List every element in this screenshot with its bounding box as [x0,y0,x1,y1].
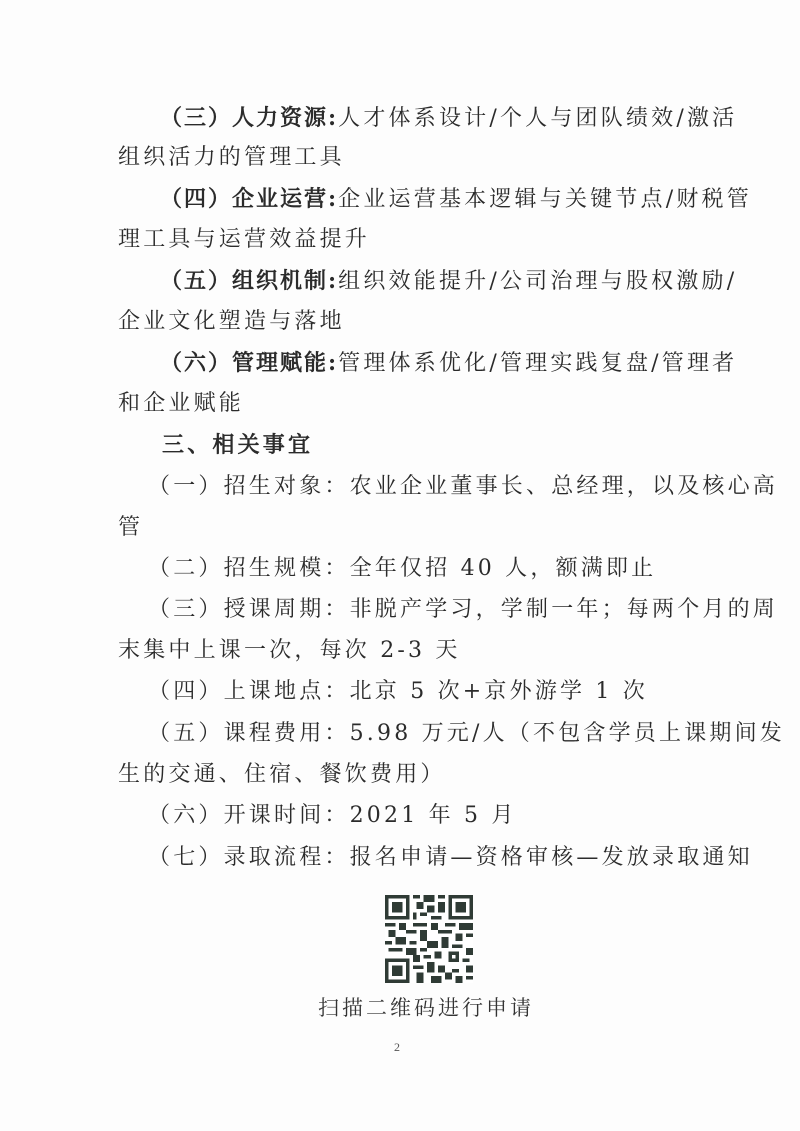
section-title: 组织机制: [232,268,338,294]
qr-code[interactable] [385,895,473,983]
item-5-line2: 生的交通、住宿、餐饮费用） [118,760,688,790]
section-6-line1: （六）管理赋能:管理体系优化/管理实践复盘/管理者 [160,348,730,379]
page-number: 2 [394,1040,400,1055]
section-3-line2: 组织活力的管理工具 [118,143,688,173]
document-page: （三）人力资源:人才体系设计/个人与团队绩效/激活 组织活力的管理工具 （四）企… [0,0,800,1131]
item-7-line1: （七）录取流程：报名申请—资格审核—发放录取通知 [148,843,718,873]
item-2-line1: （二）招生规模：全年仅招 40 人，额满即止 [148,554,718,584]
item-6-line1: （六）开课时间：2021 年 5 月 [148,801,718,831]
qr-caption: 扫描二维码进行申请 [318,993,534,1023]
section-4-line2: 理工具与运营效益提升 [118,225,688,255]
item-3-line2: 末集中上课一次，每次 2-3 天 [118,636,688,666]
section-3-line1: （三）人力资源:人才体系设计/个人与团队绩效/激活 [160,103,730,134]
section-4-line1: （四）企业运营:企业运营基本逻辑与关键节点/财税管 [160,184,730,215]
section-title: 管理赋能: [232,350,338,376]
item-5-line1: （五）课程费用：5.98 万元/人（不包含学员上课期间发 [148,719,718,749]
item-4-line1: （四）上课地点：北京 5 次+京外游学 1 次 [148,677,718,707]
item-1-line2: 管 [118,513,688,543]
section-title: 人力资源: [232,105,338,131]
heading-related-matters: 三、相关事宜 [162,430,732,460]
section-5-line1: （五）组织机制:组织效能提升/公司治理与股权激励/ [160,266,730,297]
item-1-line1: （一）招生对象：农业企业董事长、总经理，以及核心高 [148,472,718,502]
item-3-line1: （三）授课周期：非脱产学习，学制一年；每两个月的周 [148,595,718,625]
section-6-line2: 和企业赋能 [118,389,688,419]
section-title: 企业运营: [232,186,338,212]
section-5-line2: 企业文化塑造与落地 [118,307,688,337]
